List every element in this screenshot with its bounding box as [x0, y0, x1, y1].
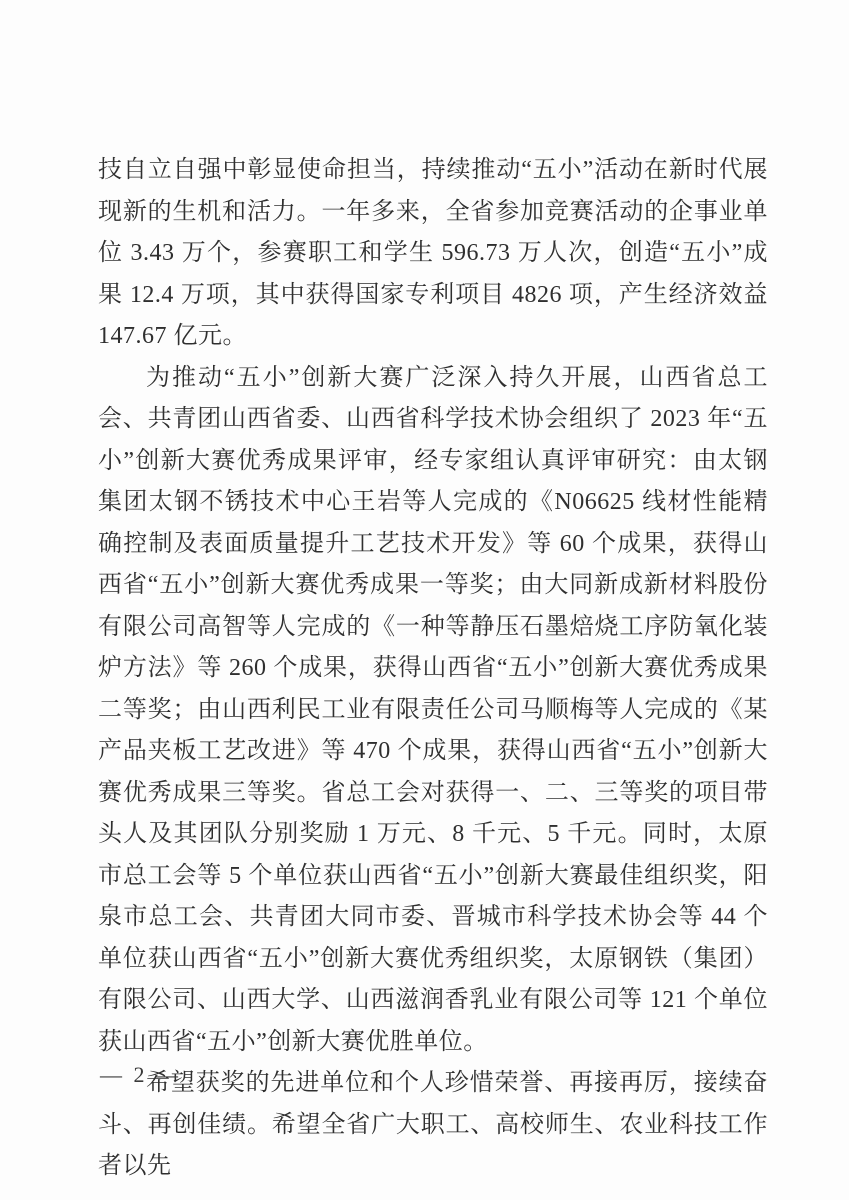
document-page: 技自立自强中彰显使命担当，持续推动“五小”活动在新时代展现新的生机和活力。一年多… [0, 0, 849, 1200]
paragraph-closing-hope: 希望获奖的先进单位和个人珍惜荣誉、再接再厉，接续奋斗、再创佳绩。希望全省广大职工… [98, 1063, 768, 1188]
document-body: 技自立自强中彰显使命担当，持续推动“五小”活动在新时代展现新的生机和活力。一年多… [98, 150, 768, 1188]
paragraph-continuation: 技自立自强中彰显使命担当，持续推动“五小”活动在新时代展现新的生机和活力。一年多… [98, 150, 768, 358]
paragraph-award-results: 为推动“五小”创新大赛广泛深入持久开展，山西省总工会、共青团山西省委、山西省科学… [98, 358, 768, 1064]
page-number: — 2 — [100, 1062, 181, 1088]
